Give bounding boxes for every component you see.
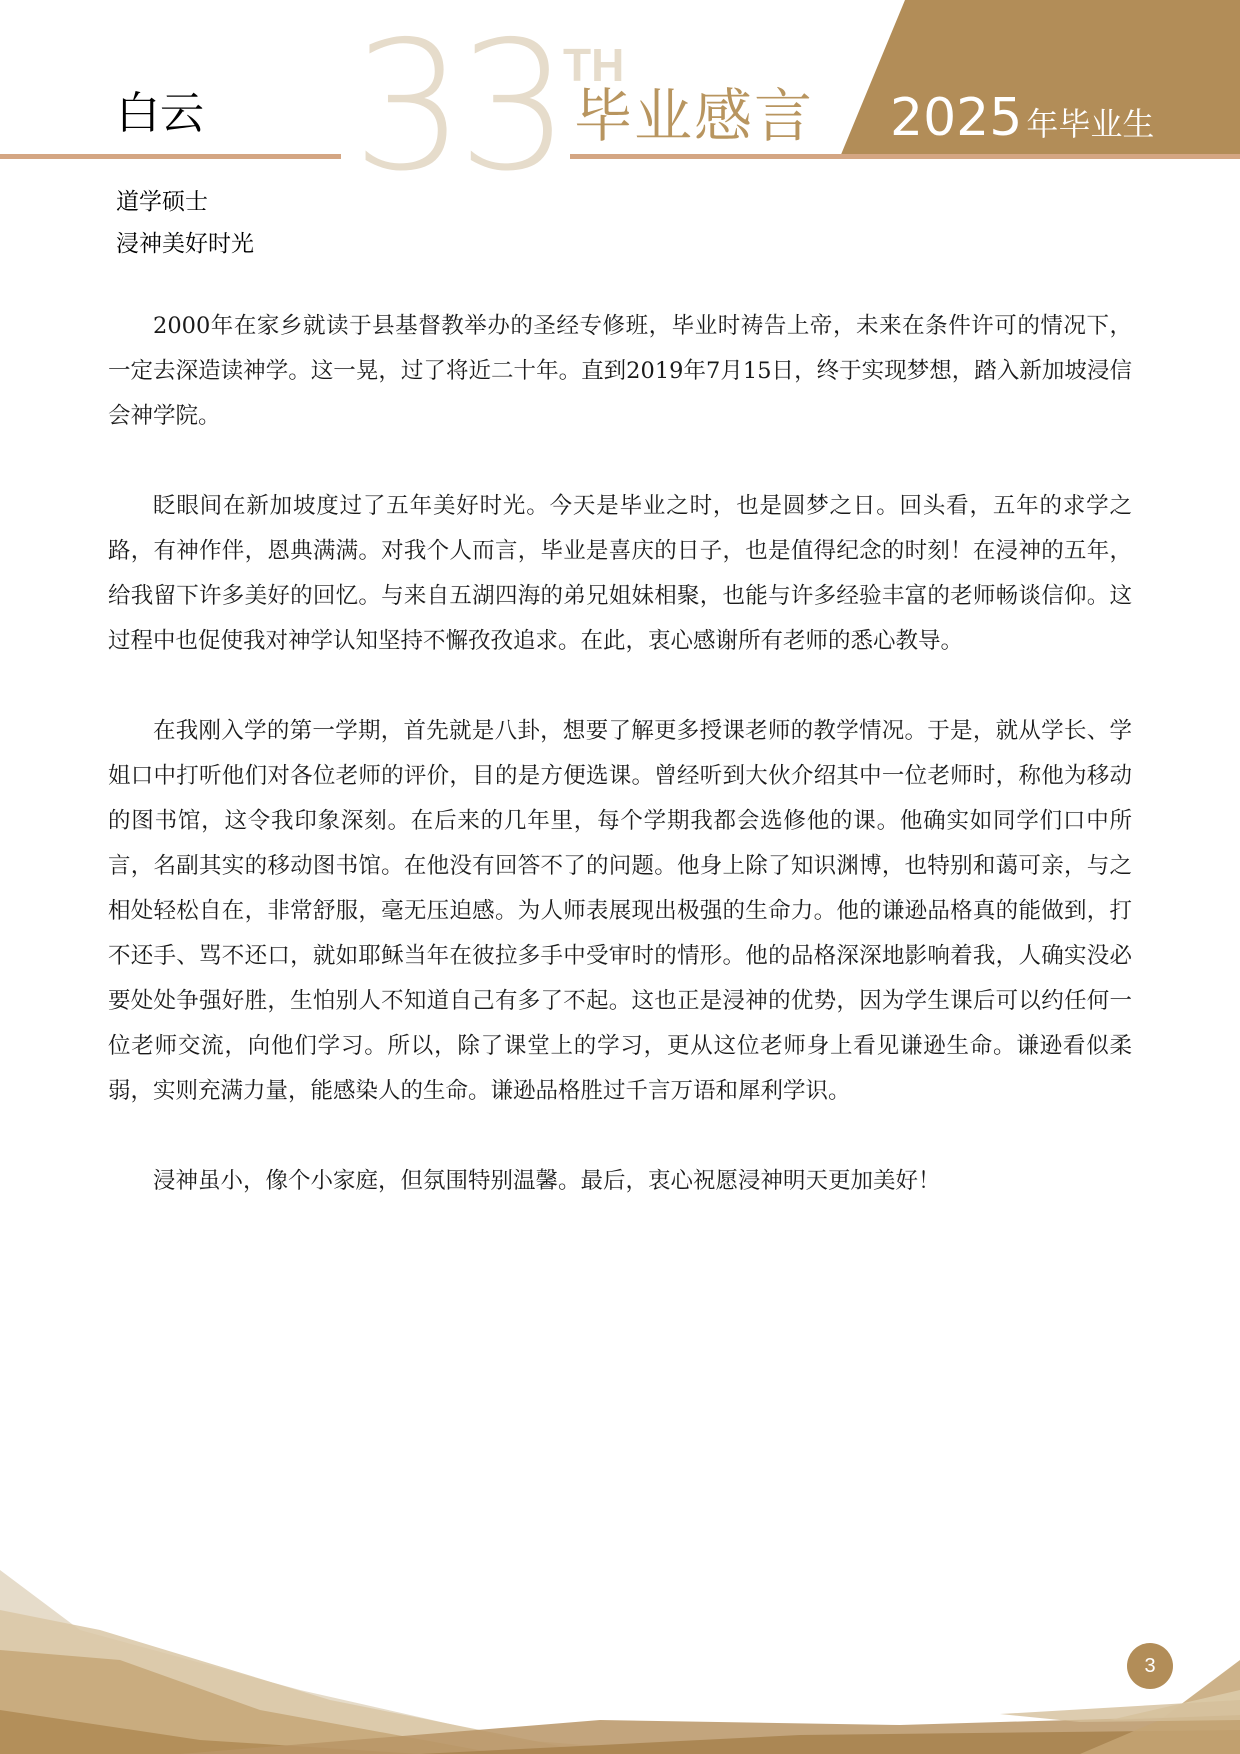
paragraph: 眨眼间在新加坡度过了五年美好时光。今天是毕业之时，也是圆梦之日。回头看，五年的求… [108, 484, 1132, 664]
author-name: 白云 [116, 88, 204, 140]
article-heading: 浸神美好时光 [116, 228, 254, 260]
year-number: 2025 [890, 88, 1022, 148]
edition-number-watermark: 33 [352, 18, 563, 196]
paragraph: 浸神虽小，像个小家庭，但氛围特别温馨。最后，衷心祝愿浸神明天更加美好！ [108, 1159, 1132, 1204]
footer-wave-decoration [0, 1540, 1240, 1754]
paragraph: 2000年在家乡就读于县基督教举办的圣经专修班，毕业时祷告上帝，未来在条件许可的… [108, 304, 1132, 439]
degree-label: 道学硕士 [116, 186, 208, 218]
year-suffix: 年毕业生 [1026, 105, 1154, 143]
section-title: 毕业感言 [574, 84, 814, 148]
header-rule-right [570, 154, 1240, 159]
header-rule-left [0, 154, 341, 159]
page-number-badge: 3 [1127, 1643, 1173, 1689]
article-body: 2000年在家乡就读于县基督教举办的圣经专修班，毕业时祷告上帝，未来在条件许可的… [108, 304, 1132, 1249]
page-header: 33 TH 毕业感言 2025年毕业生 白云 [0, 0, 1240, 190]
paragraph: 在我刚入学的第一学期，首先就是八卦，想要了解更多授课老师的教学情况。于是，就从学… [108, 709, 1132, 1114]
graduating-year: 2025年毕业生 [890, 88, 1154, 154]
